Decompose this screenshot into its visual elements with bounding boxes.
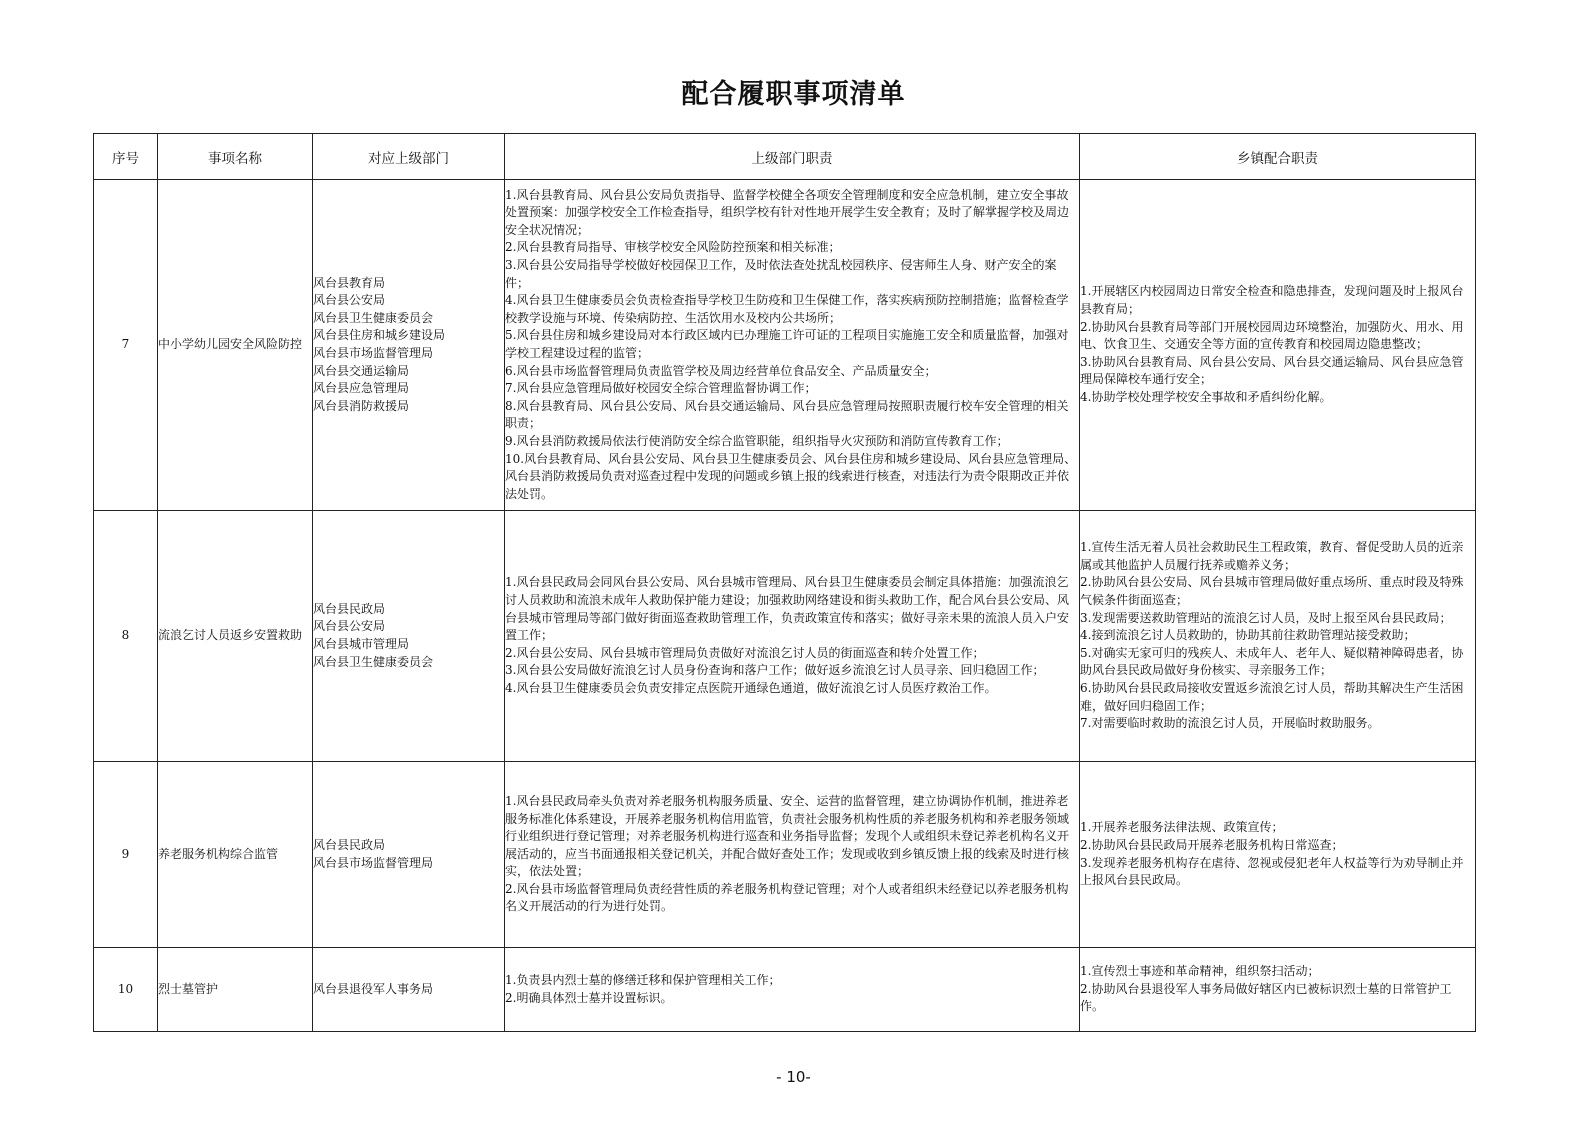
- duty-item: 2.协助风台县教育局等部门开展校园周边环境整治，加强防火、用水、用电、饮食卫生、…: [1080, 319, 1475, 354]
- duty-item: 4.风台县卫生健康委员会负责安排定点医院开通绿色通道，做好流浪乞讨人员医疗救治工…: [505, 680, 1079, 698]
- row-town-duties: 1.宣传生活无着人员社会救助民生工程政策，教育、督促受助人员的近亲属或其他监护人…: [1080, 511, 1476, 762]
- duty-item: 1.开展养老服务法律法规、政策宣传；: [1080, 819, 1475, 837]
- row-item-name: 烈士墓管护: [158, 948, 313, 1032]
- duty-item: 3.协助风台县教育局、风台县公安局、风台县交通运输局、风台县应急管理局保障校车通…: [1080, 354, 1475, 389]
- duty-item: 10.风台县教育局、风台县公安局、风台县卫生健康委员会、风台县住房和城乡建设局、…: [505, 451, 1079, 504]
- row-upper-duties: 1.风台县民政局会同风台县公安局、风台县城市管理局、风台县卫生健康委员会制定具体…: [505, 511, 1080, 762]
- duty-item: 6.协助风台县民政局接收安置返乡流浪乞讨人员，帮助其解决生产生活困难，做好回归稳…: [1080, 680, 1475, 715]
- duty-item: 2.风台县教育局指导、审核学校安全风险防控预案和相关标准；: [505, 239, 1079, 257]
- duties-table: 序号 事项名称 对应上级部门 上级部门职责 乡镇配合职责 7 中小学幼儿园安全风…: [93, 133, 1476, 1032]
- duty-item: 2.风台县公安局、风台县城市管理局负责做好对流浪乞讨人员的街面巡查和转介处置工作…: [505, 645, 1079, 663]
- row-town-duties: 1.宣传烈士事迹和革命精神，组织祭扫活动； 2.协助风台县退役军人事务局做好辖区…: [1080, 948, 1476, 1032]
- row-no: 10: [94, 948, 158, 1032]
- duty-item: 4.风台县卫生健康委员会负责检查指导学校卫生防疫和卫生保健工作，落实疾病预防控制…: [505, 292, 1079, 327]
- duty-item: 6.风台县市场监督管理局负责监管学校及周边经营单位食品安全、产品质量安全；: [505, 363, 1079, 381]
- header-town-duties: 乡镇配合职责: [1080, 134, 1476, 180]
- duty-item: 1.宣传烈士事迹和革命精神，组织祭扫活动；: [1080, 963, 1475, 981]
- duty-item: 3.发现养老服务机构存在虐待、忽视或侵犯老年人权益等行为劝导制止并上报风台县民政…: [1080, 855, 1475, 890]
- table-row: 8 流浪乞讨人员返乡安置救助 风台县民政局 风台县公安局 风台县城市管理局 风台…: [94, 511, 1476, 762]
- row-item-name: 中小学幼儿园安全风险防控: [158, 180, 313, 511]
- department: 风台县消防救援局: [313, 398, 504, 416]
- department: 风台县公安局: [313, 292, 504, 310]
- page-title: 配合履职事项清单: [0, 72, 1587, 111]
- duty-item: 2.协助风台县民政局开展养老服务机构日常巡查；: [1080, 837, 1475, 855]
- department: 风台县市场监督管理局: [313, 855, 504, 873]
- duty-item: 2.协助风台县退役军人事务局做好辖区内已被标识烈士墓的日常管护工作。: [1080, 981, 1475, 1016]
- row-departments: 风台县退役军人事务局: [313, 948, 505, 1032]
- department: 风台县退役军人事务局: [313, 981, 504, 999]
- row-town-duties: 1.开展辖区内校园周边日常安全检查和隐患排查，发现问题及时上报风台县教育局； 2…: [1080, 180, 1476, 511]
- department: 风台县城市管理局: [313, 636, 504, 654]
- duty-item: 1.风台县教育局、风台县公安局负责指导、监督学校健全各项安全管理制度和安全应急机…: [505, 187, 1079, 240]
- duty-item: 9.风台县消防救援局依法行使消防安全综合监管职能，组织指导火灾预防和消防宣传教育…: [505, 433, 1079, 451]
- row-upper-duties: 1.负责县内烈士墓的修缮迁移和保护管理相关工作； 2.明确具体烈士墓并设置标识。: [505, 948, 1080, 1032]
- row-item-name: 流浪乞讨人员返乡安置救助: [158, 511, 313, 762]
- duty-item: 2.明确具体烈士墓并设置标识。: [505, 990, 1079, 1008]
- duty-item: 8.风台县教育局、风台县公安局、风台县交通运输局、风台县应急管理局按照职责履行校…: [505, 398, 1079, 433]
- row-upper-duties: 1.风台县民政局牵头负责对养老服务机构服务质量、安全、运营的监督管理，建立协调协…: [505, 762, 1080, 948]
- department: 风台县应急管理局: [313, 380, 504, 398]
- duty-item: 1.开展辖区内校园周边日常安全检查和隐患排查，发现问题及时上报风台县教育局；: [1080, 283, 1475, 318]
- row-departments: 风台县民政局 风台县公安局 风台县城市管理局 风台县卫生健康委员会: [313, 511, 505, 762]
- page-number: - 10-: [0, 1068, 1587, 1086]
- table-row: 9 养老服务机构综合监管 风台县民政局 风台县市场监督管理局 1.风台县民政局牵…: [94, 762, 1476, 948]
- duty-item: 5.风台县住房和城乡建设局对本行政区域内已办理施工许可证的工程项目实施施工安全和…: [505, 327, 1079, 362]
- header-upper-department: 对应上级部门: [313, 134, 505, 180]
- duty-item: 1.风台县民政局牵头负责对养老服务机构服务质量、安全、运营的监督管理，建立协调协…: [505, 793, 1079, 881]
- department: 风台县市场监督管理局: [313, 345, 504, 363]
- duty-item: 2.协助风台县公安局、风台县城市管理局做好重点场所、重点时段及特殊气候条件街面巡…: [1080, 574, 1475, 609]
- department: 风台县交通运输局: [313, 363, 504, 381]
- duty-item: 7.对需要临时救助的流浪乞讨人员，开展临时救助服务。: [1080, 715, 1475, 733]
- row-no: 9: [94, 762, 158, 948]
- row-no: 7: [94, 180, 158, 511]
- duty-item: 1.宣传生活无着人员社会救助民生工程政策，教育、督促受助人员的近亲属或其他监护人…: [1080, 539, 1475, 574]
- row-departments: 风台县教育局 风台县公安局 风台县卫生健康委员会 风台县住房和城乡建设局 风台县…: [313, 180, 505, 511]
- header-no: 序号: [94, 134, 158, 180]
- header-upper-duties: 上级部门职责: [505, 134, 1080, 180]
- row-departments: 风台县民政局 风台县市场监督管理局: [313, 762, 505, 948]
- department: 风台县民政局: [313, 837, 504, 855]
- duty-item: 3.风台县公安局指导学校做好校园保卫工作，及时依法查处扰乱校园秩序、侵害师生人身…: [505, 257, 1079, 292]
- department: 风台县民政局: [313, 601, 504, 619]
- department: 风台县教育局: [313, 275, 504, 293]
- department: 风台县卫生健康委员会: [313, 310, 504, 328]
- table-header-row: 序号 事项名称 对应上级部门 上级部门职责 乡镇配合职责: [94, 134, 1476, 180]
- department: 风台县公安局: [313, 618, 504, 636]
- table-row: 10 烈士墓管护 风台县退役军人事务局 1.负责县内烈士墓的修缮迁移和保护管理相…: [94, 948, 1476, 1032]
- department: 风台县住房和城乡建设局: [313, 327, 504, 345]
- row-no: 8: [94, 511, 158, 762]
- row-upper-duties: 1.风台县教育局、风台县公安局负责指导、监督学校健全各项安全管理制度和安全应急机…: [505, 180, 1080, 511]
- duty-item: 3.风台县公安局做好流浪乞讨人员身份查询和落户工作；做好返乡流浪乞讨人员寻亲、回…: [505, 662, 1079, 680]
- duty-item: 1.风台县民政局会同风台县公安局、风台县城市管理局、风台县卫生健康委员会制定具体…: [505, 574, 1079, 644]
- header-item-name: 事项名称: [158, 134, 313, 180]
- duty-item: 7.风台县应急管理局做好校园安全综合管理监督协调工作；: [505, 380, 1079, 398]
- duty-item: 5.对确实无家可归的残疾人、未成年人、老年人、疑似精神障碍患者，协助风台县民政局…: [1080, 645, 1475, 680]
- duty-item: 4.接到流浪乞讨人员救助的，协助其前往救助管理站接受救助；: [1080, 627, 1475, 645]
- row-item-name: 养老服务机构综合监管: [158, 762, 313, 948]
- row-town-duties: 1.开展养老服务法律法规、政策宣传； 2.协助风台县民政局开展养老服务机构日常巡…: [1080, 762, 1476, 948]
- duty-item: 1.负责县内烈士墓的修缮迁移和保护管理相关工作；: [505, 972, 1079, 990]
- department: 风台县卫生健康委员会: [313, 654, 504, 672]
- duty-item: 4.协助学校处理学校安全事故和矛盾纠纷化解。: [1080, 389, 1475, 407]
- duty-item: 2.风台县市场监督管理局负责经营性质的养老服务机构登记管理；对个人或者组织未经登…: [505, 881, 1079, 916]
- duty-item: 3.发现需要送救助管理站的流浪乞讨人员，及时上报至风台县民政局；: [1080, 610, 1475, 628]
- table-row: 7 中小学幼儿园安全风险防控 风台县教育局 风台县公安局 风台县卫生健康委员会 …: [94, 180, 1476, 511]
